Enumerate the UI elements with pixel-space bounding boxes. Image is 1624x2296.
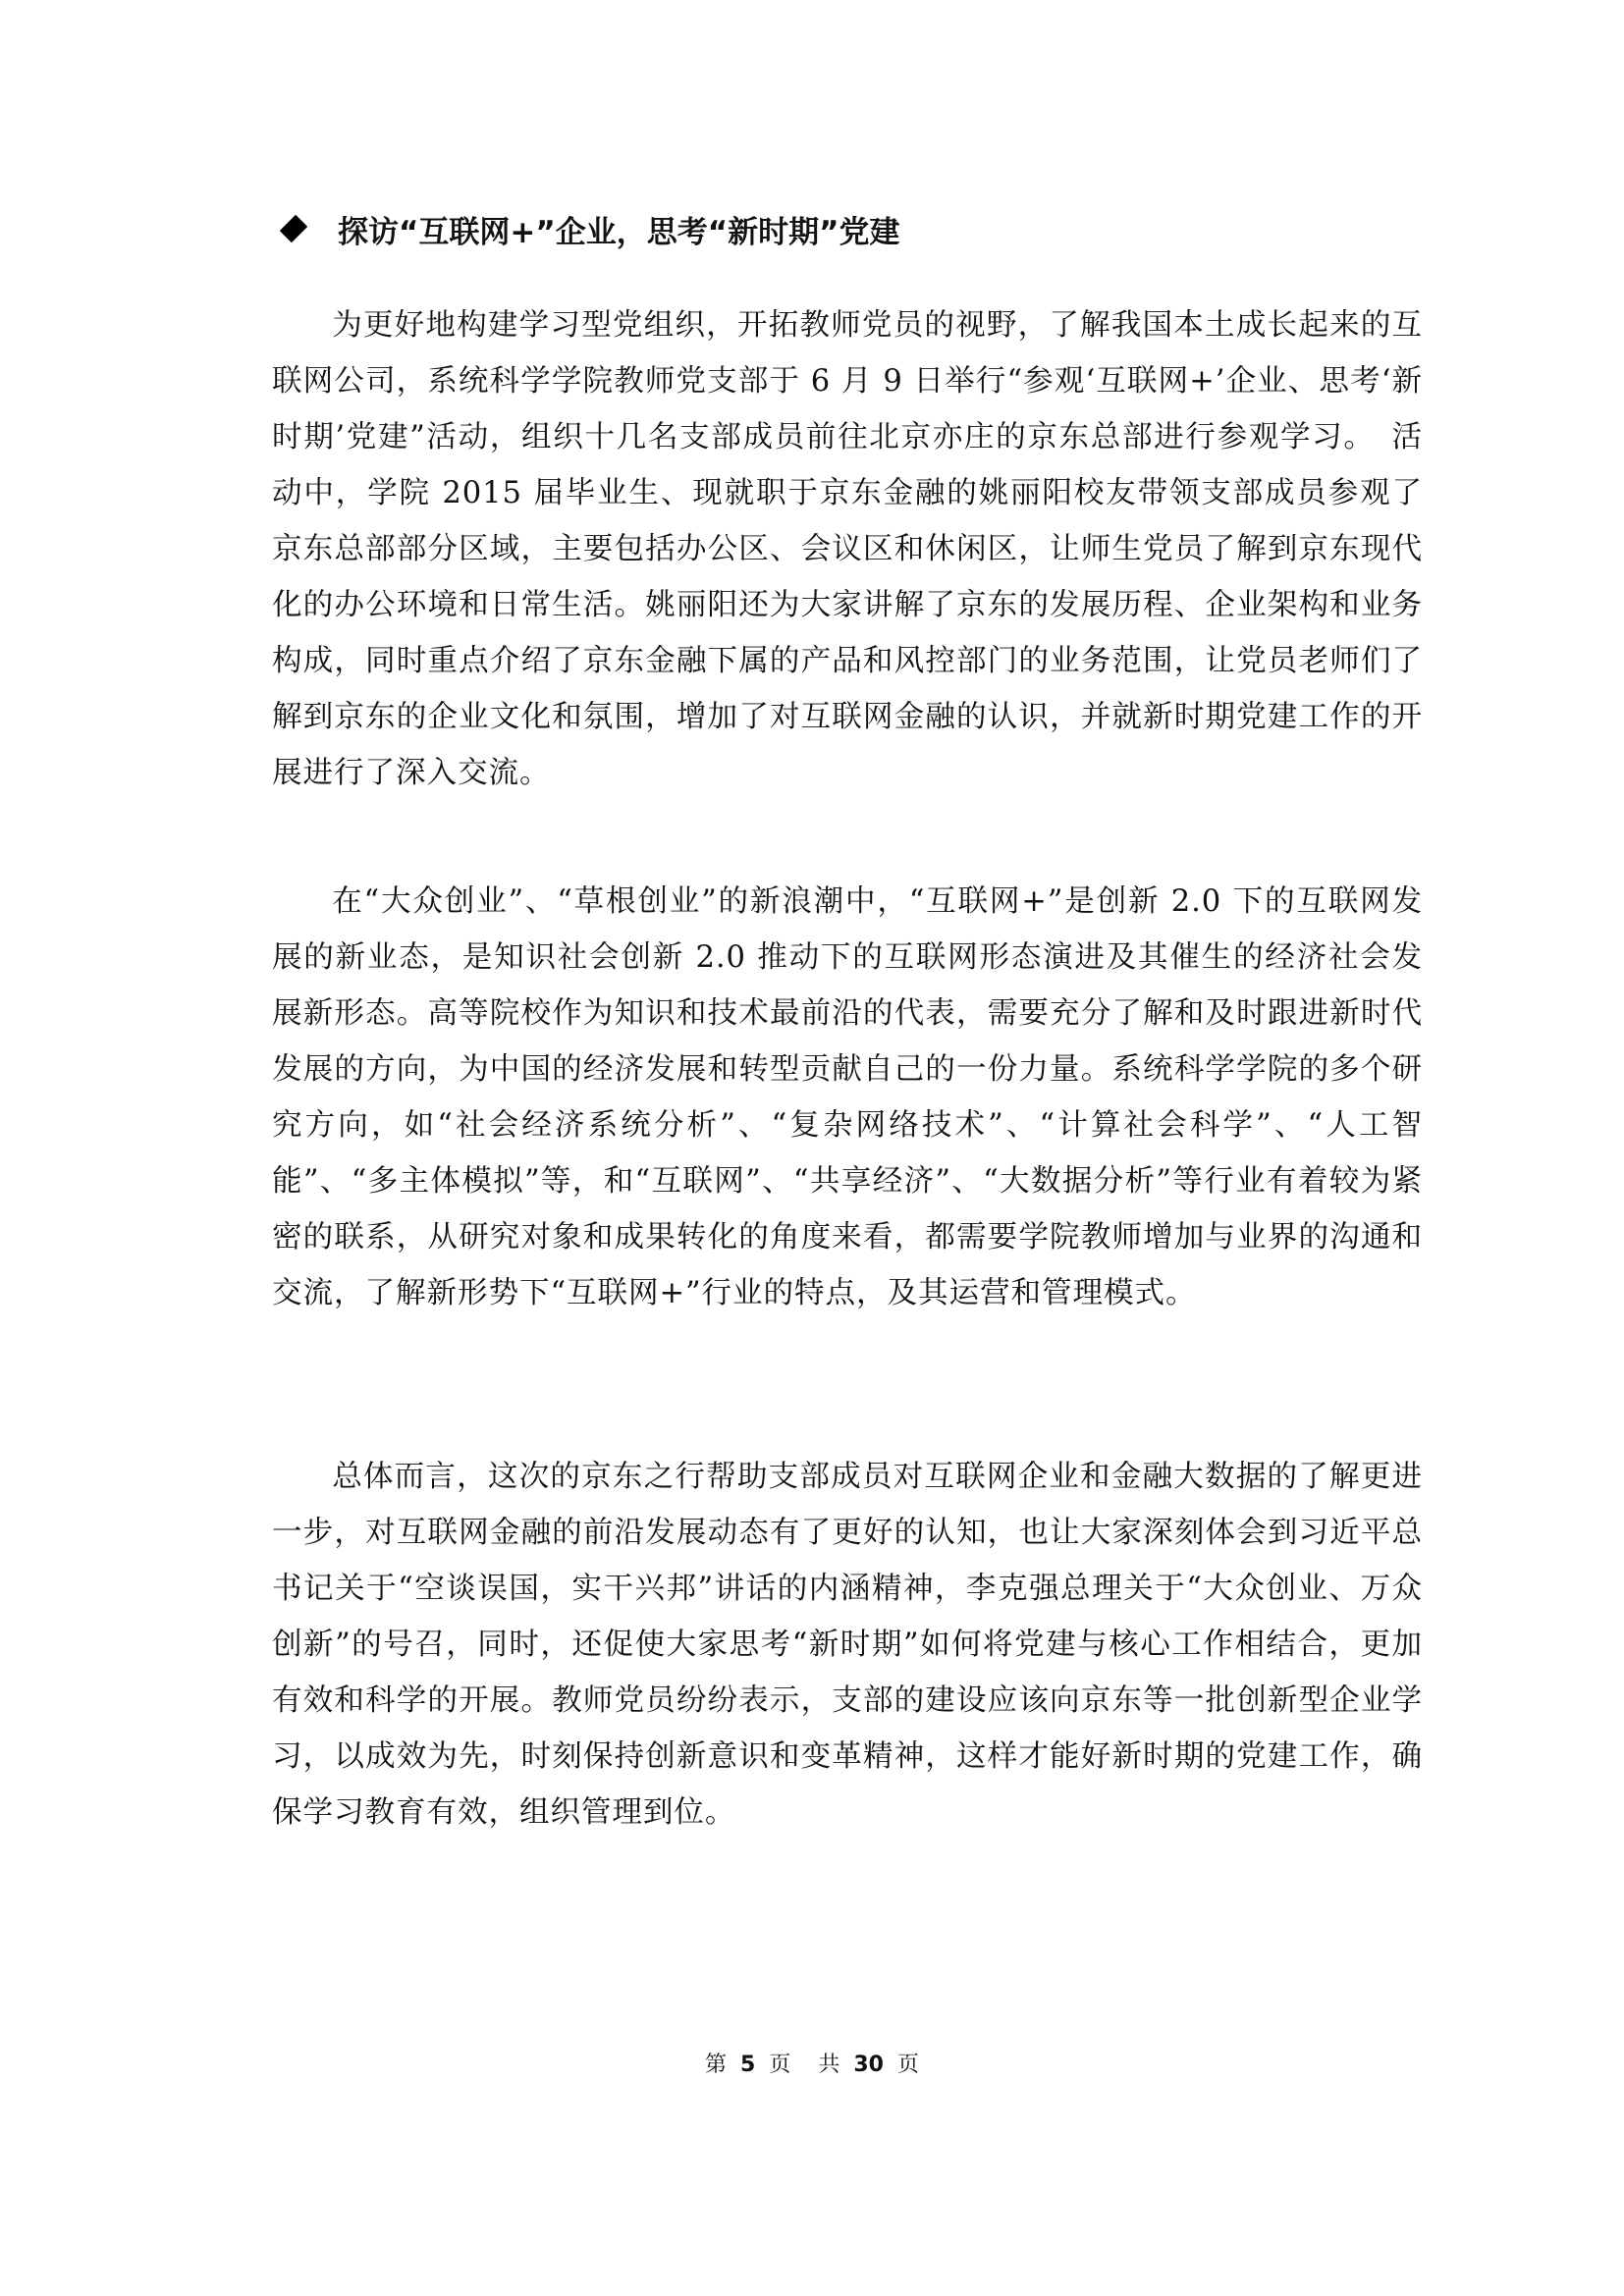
footer-total-prefix: 共 <box>818 2053 839 2077</box>
footer-prefix: 第 <box>705 2053 727 2077</box>
section-heading-text: 探访“互联网+”企业，思考“新时期”党建 <box>338 207 899 251</box>
footer-total-suffix: 页 <box>897 2053 919 2077</box>
diamond-bullet-icon <box>280 215 307 242</box>
paragraph-3: 总体而言，这次的京东之行帮助支部成员对互联网企业和金融大数据的了解更进一步，对互… <box>272 1449 1423 1841</box>
total-pages-number: 30 <box>853 2053 884 2077</box>
document-page: 探访“互联网+”企业，思考“新时期”党建 为更好地构建学习型党组织，开拓教师党员… <box>0 0 1624 2296</box>
current-page-number: 5 <box>740 2053 755 2077</box>
paragraph-text: 在“大众创业”、“草根创业”的新浪潮中，“互联网+”是创新 2.0 下的互联网发… <box>272 874 1423 1321</box>
paragraph-1: 为更好地构建学习型党组织，开拓教师党员的视野，了解我国本土成长起来的互联网公司，… <box>272 297 1423 801</box>
page-footer: 第5页 共30页 <box>0 2048 1624 2078</box>
section-heading: 探访“互联网+”企业，思考“新时期”党建 <box>279 204 899 253</box>
paragraph-text: 总体而言，这次的京东之行帮助支部成员对互联网企业和金融大数据的了解更进一步，对互… <box>272 1449 1423 1841</box>
footer-page-label: 页 <box>769 2053 790 2077</box>
paragraph-2: 在“大众创业”、“草根创业”的新浪潮中，“互联网+”是创新 2.0 下的互联网发… <box>272 874 1423 1321</box>
paragraph-text: 为更好地构建学习型党组织，开拓教师党员的视野，了解我国本土成长起来的互联网公司，… <box>272 297 1423 801</box>
